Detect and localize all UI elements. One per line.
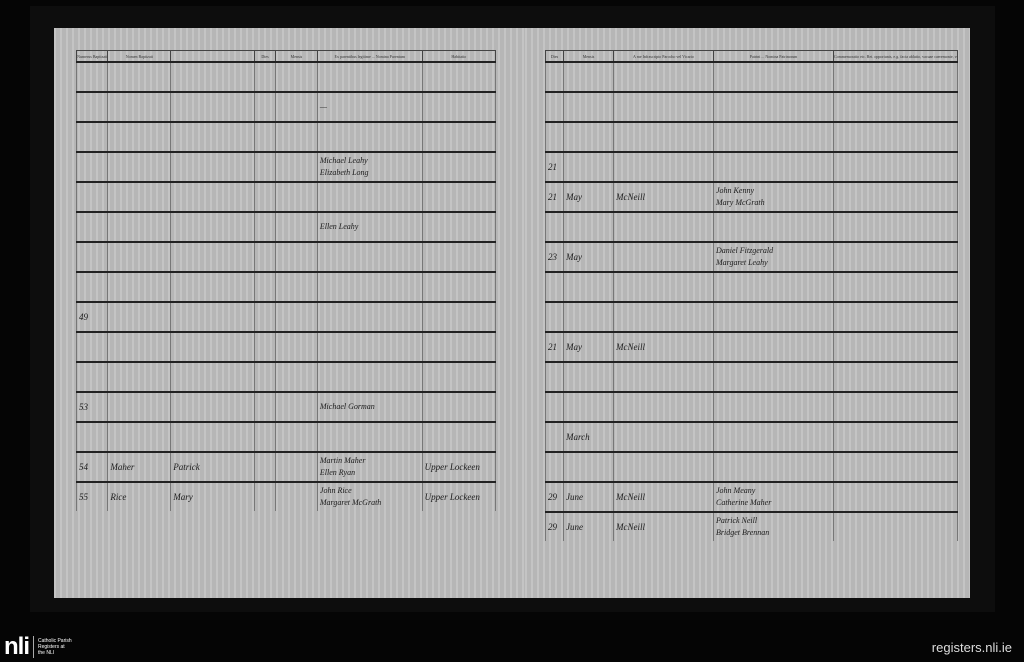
month xyxy=(276,482,318,511)
right-page: Dies Mensis A me Infrascripto Parocho ve… xyxy=(525,28,970,598)
table-row xyxy=(546,212,958,242)
image-viewer: Numerus Baptizati Nomen Baptizati Dies M… xyxy=(0,0,1024,662)
priest xyxy=(614,362,714,392)
residence xyxy=(422,242,495,272)
table-row xyxy=(546,122,958,152)
sponsors-first: John Kenny xyxy=(716,185,831,197)
left-page: Numerus Baptizati Nomen Baptizati Dies M… xyxy=(54,28,542,598)
month: May xyxy=(564,242,614,272)
residence: Upper Lockeen xyxy=(422,482,495,511)
parents-second: Elizabeth Long xyxy=(320,167,420,179)
residence xyxy=(422,212,495,242)
day xyxy=(546,452,564,482)
month xyxy=(564,122,614,152)
day xyxy=(255,152,276,182)
parents xyxy=(317,362,422,392)
priest: McNeill xyxy=(614,512,714,541)
surname: Maher xyxy=(108,452,171,482)
entry-number: 49 xyxy=(77,302,108,332)
day: 29 xyxy=(546,482,564,512)
entry-number: 55 xyxy=(77,482,108,511)
parents-first: Michael Leahy xyxy=(320,155,420,167)
residence xyxy=(422,152,495,182)
surname xyxy=(108,362,171,392)
month xyxy=(564,452,614,482)
forename xyxy=(171,62,255,92)
sponsors xyxy=(714,272,834,302)
header-name: Nomen Baptizati xyxy=(108,51,171,63)
surname xyxy=(108,242,171,272)
parents: — xyxy=(317,92,422,122)
surname xyxy=(108,182,171,212)
parents xyxy=(317,62,422,92)
month: May xyxy=(564,332,614,362)
sponsors-first: Patrick Neill xyxy=(716,515,831,527)
parents: Michael Gorman xyxy=(317,392,422,422)
notes xyxy=(834,152,958,182)
month: June xyxy=(564,482,614,512)
sponsors-second: Catherine Maher xyxy=(716,497,831,509)
day xyxy=(546,422,564,452)
month xyxy=(276,272,318,302)
header-day: Dies xyxy=(546,51,564,63)
sponsors xyxy=(714,332,834,362)
table-row xyxy=(546,272,958,302)
nli-logo-text: Catholic Parish Registers at the NLI xyxy=(38,638,72,656)
month: March xyxy=(564,422,614,452)
residence: Upper Lockeen xyxy=(422,452,495,482)
month xyxy=(564,302,614,332)
priest xyxy=(614,452,714,482)
table-row xyxy=(77,272,496,302)
notes xyxy=(834,392,958,422)
nli-logo-mark: nli xyxy=(4,636,34,658)
forename xyxy=(171,212,255,242)
month xyxy=(276,422,318,452)
sponsors-first: John Meany xyxy=(716,485,831,497)
table-row xyxy=(77,182,496,212)
sponsors-second: Bridget Brennan xyxy=(716,527,831,539)
table-row: 21 xyxy=(546,152,958,182)
day xyxy=(255,92,276,122)
month xyxy=(564,212,614,242)
entry-number xyxy=(77,272,108,302)
table-row xyxy=(77,332,496,362)
forename xyxy=(171,332,255,362)
day xyxy=(255,182,276,212)
month xyxy=(564,62,614,92)
forename: Patrick xyxy=(171,452,255,482)
entry-number xyxy=(77,242,108,272)
sponsors: John MeanyCatherine Maher xyxy=(714,482,834,512)
forename xyxy=(171,182,255,212)
table-row: 54MaherPatrickMartin MaherEllen RyanUppe… xyxy=(77,452,496,482)
priest: McNeill xyxy=(614,482,714,512)
surname xyxy=(108,92,171,122)
notes xyxy=(834,512,958,541)
priest xyxy=(614,122,714,152)
header-residence: Habitatio xyxy=(422,51,495,63)
day xyxy=(546,212,564,242)
notes xyxy=(834,272,958,302)
notes xyxy=(834,362,958,392)
parents-first: Michael Gorman xyxy=(320,401,420,413)
day xyxy=(255,122,276,152)
notes xyxy=(834,302,958,332)
parents xyxy=(317,272,422,302)
day xyxy=(546,122,564,152)
table-row: 49 xyxy=(77,302,496,332)
table-row xyxy=(77,242,496,272)
month xyxy=(276,212,318,242)
priest xyxy=(614,242,714,272)
month xyxy=(564,272,614,302)
day xyxy=(255,332,276,362)
entry-number: 54 xyxy=(77,452,108,482)
forename xyxy=(171,272,255,302)
sponsors xyxy=(714,92,834,122)
baptism-register-left: Numerus Baptizati Nomen Baptizati Dies M… xyxy=(76,50,496,511)
residence xyxy=(422,362,495,392)
parents: Ellen Leahy xyxy=(317,212,422,242)
surname xyxy=(108,212,171,242)
site-url: registers.nli.ie xyxy=(932,640,1012,655)
sponsors xyxy=(714,62,834,92)
notes xyxy=(834,212,958,242)
parents: John RiceMargaret McGrath xyxy=(317,482,422,511)
table-row xyxy=(77,122,496,152)
month xyxy=(564,152,614,182)
sponsors: John KennyMary McGrath xyxy=(714,182,834,212)
surname xyxy=(108,62,171,92)
table-row: March xyxy=(546,422,958,452)
sponsors xyxy=(714,422,834,452)
month xyxy=(276,92,318,122)
table-row: 23MayDaniel FitzgeraldMargaret Leahy xyxy=(546,242,958,272)
parents-second: Margaret McGrath xyxy=(320,497,420,509)
day xyxy=(255,392,276,422)
priest xyxy=(614,62,714,92)
forename xyxy=(171,122,255,152)
forename xyxy=(171,422,255,452)
month xyxy=(564,92,614,122)
month xyxy=(276,122,318,152)
month: June xyxy=(564,512,614,541)
entry-number: 53 xyxy=(77,392,108,422)
header-priest: A me Infrascripto Parocho vel Vicario xyxy=(614,51,714,63)
table-row xyxy=(77,62,496,92)
priest xyxy=(614,92,714,122)
month xyxy=(276,332,318,362)
table-row xyxy=(546,362,958,392)
priest xyxy=(614,212,714,242)
priest xyxy=(614,392,714,422)
day xyxy=(546,272,564,302)
header-number: Numerus Baptizati xyxy=(77,51,108,63)
month xyxy=(276,242,318,272)
residence xyxy=(422,182,495,212)
residence xyxy=(422,272,495,302)
surname xyxy=(108,332,171,362)
table-row xyxy=(546,452,958,482)
month xyxy=(564,392,614,422)
table-row: Michael LeahyElizabeth Long xyxy=(77,152,496,182)
forename xyxy=(171,242,255,272)
parents xyxy=(317,422,422,452)
day xyxy=(255,422,276,452)
sponsors xyxy=(714,362,834,392)
forename: Mary xyxy=(171,482,255,511)
parents xyxy=(317,332,422,362)
register-book-scan: Numerus Baptizati Nomen Baptizati Dies M… xyxy=(30,6,995,612)
day xyxy=(255,362,276,392)
header-notes: Commemoratio etc. Rei. opportunis, e.g. … xyxy=(834,51,958,63)
residence xyxy=(422,92,495,122)
day xyxy=(546,302,564,332)
sponsors: Daniel FitzgeraldMargaret Leahy xyxy=(714,242,834,272)
entry-number xyxy=(77,422,108,452)
table-row: 21MayMcNeill xyxy=(546,332,958,362)
forename xyxy=(171,152,255,182)
day: 21 xyxy=(546,332,564,362)
parents xyxy=(317,122,422,152)
residence xyxy=(422,122,495,152)
notes xyxy=(834,122,958,152)
month: May xyxy=(564,182,614,212)
parents xyxy=(317,242,422,272)
header-parents: Ex parentibus legitime ... Nomina Parent… xyxy=(317,51,422,63)
parents: Martin MaherEllen Ryan xyxy=(317,452,422,482)
entry-number xyxy=(77,332,108,362)
forename xyxy=(171,392,255,422)
notes xyxy=(834,422,958,452)
notes xyxy=(834,482,958,512)
surname xyxy=(108,302,171,332)
notes xyxy=(834,332,958,362)
priest xyxy=(614,302,714,332)
residence xyxy=(422,332,495,362)
sponsors xyxy=(714,152,834,182)
entry-number xyxy=(77,92,108,122)
baptism-register-right: Dies Mensis A me Infrascripto Parocho ve… xyxy=(545,50,958,541)
header-forename xyxy=(171,51,255,63)
day xyxy=(546,392,564,422)
table-row xyxy=(546,92,958,122)
nli-logo: nli Catholic Parish Registers at the NLI xyxy=(4,636,72,658)
notes xyxy=(834,182,958,212)
table-row: 29JuneMcNeillPatrick NeillBridget Brenna… xyxy=(546,512,958,541)
entry-number xyxy=(77,212,108,242)
table-row: — xyxy=(77,92,496,122)
surname xyxy=(108,272,171,302)
table-row xyxy=(77,362,496,392)
parents-first: Martin Maher xyxy=(320,455,420,467)
header-month: Mensis xyxy=(276,51,318,63)
sponsors: Patrick NeillBridget Brennan xyxy=(714,512,834,541)
day xyxy=(255,482,276,511)
table-row xyxy=(546,62,958,92)
surname xyxy=(108,422,171,452)
day xyxy=(546,62,564,92)
sponsors xyxy=(714,302,834,332)
day: 21 xyxy=(546,152,564,182)
priest: McNeill xyxy=(614,182,714,212)
table-row: 55RiceMaryJohn RiceMargaret McGrathUpper… xyxy=(77,482,496,511)
table-row xyxy=(546,302,958,332)
sponsors xyxy=(714,452,834,482)
table-row: 53Michael Gorman xyxy=(77,392,496,422)
day xyxy=(255,272,276,302)
sponsors-first: Daniel Fitzgerald xyxy=(716,245,831,257)
residence xyxy=(422,392,495,422)
sponsors xyxy=(714,392,834,422)
forename xyxy=(171,362,255,392)
entry-number xyxy=(77,362,108,392)
day xyxy=(255,302,276,332)
parents-second: Ellen Ryan xyxy=(320,467,420,479)
parents-first: John Rice xyxy=(320,485,420,497)
sponsors-second: Margaret Leahy xyxy=(716,257,831,269)
table-row xyxy=(77,422,496,452)
day: 21 xyxy=(546,182,564,212)
day xyxy=(255,242,276,272)
month xyxy=(276,182,318,212)
surname xyxy=(108,392,171,422)
priest xyxy=(614,152,714,182)
month xyxy=(276,302,318,332)
day xyxy=(546,92,564,122)
day xyxy=(546,362,564,392)
entry-number xyxy=(77,182,108,212)
table-row xyxy=(546,392,958,422)
day: 23 xyxy=(546,242,564,272)
header-day: Dies xyxy=(255,51,276,63)
month xyxy=(276,392,318,422)
surname xyxy=(108,152,171,182)
parents-first: — xyxy=(320,101,420,113)
residence xyxy=(422,302,495,332)
parents xyxy=(317,302,422,332)
surname xyxy=(108,122,171,152)
table-row: 29JuneMcNeillJohn MeanyCatherine Maher xyxy=(546,482,958,512)
notes xyxy=(834,92,958,122)
sponsors xyxy=(714,122,834,152)
forename xyxy=(171,92,255,122)
sponsors xyxy=(714,212,834,242)
day: 29 xyxy=(546,512,564,541)
notes xyxy=(834,452,958,482)
table-row: Ellen Leahy xyxy=(77,212,496,242)
month xyxy=(276,152,318,182)
residence xyxy=(422,422,495,452)
day xyxy=(255,62,276,92)
priest: McNeill xyxy=(614,332,714,362)
header-month: Mensis xyxy=(564,51,614,63)
priest xyxy=(614,272,714,302)
day xyxy=(255,452,276,482)
residence xyxy=(422,62,495,92)
parents: Michael LeahyElizabeth Long xyxy=(317,152,422,182)
notes xyxy=(834,62,958,92)
notes xyxy=(834,242,958,272)
header-sponsors: Patrini ... Nomina Patrinorum xyxy=(714,51,834,63)
table-row: 21MayMcNeillJohn KennyMary McGrath xyxy=(546,182,958,212)
surname: Rice xyxy=(108,482,171,511)
month xyxy=(276,452,318,482)
priest xyxy=(614,422,714,452)
entry-number xyxy=(77,62,108,92)
parents-second: Ellen Leahy xyxy=(320,221,420,233)
day xyxy=(255,212,276,242)
parents xyxy=(317,182,422,212)
month xyxy=(276,362,318,392)
month xyxy=(276,62,318,92)
entry-number xyxy=(77,122,108,152)
month xyxy=(564,362,614,392)
sponsors-second: Mary McGrath xyxy=(716,197,831,209)
entry-number xyxy=(77,152,108,182)
forename xyxy=(171,302,255,332)
